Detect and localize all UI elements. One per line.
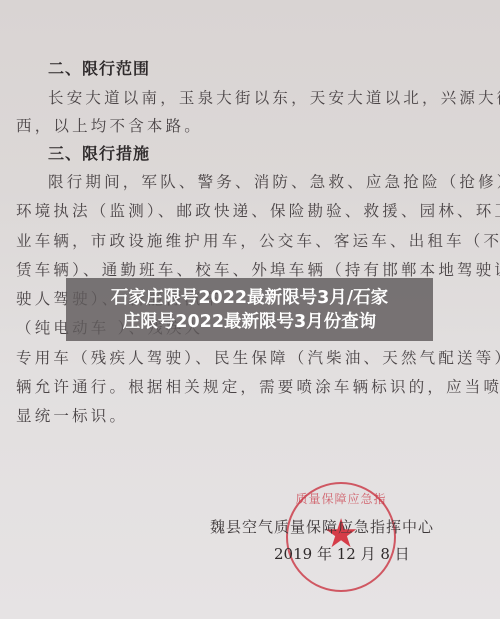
paragraph-line: 环境执法（监测）、邮政快递、保险勘验、救援、园林、环卫作 [16,199,500,221]
overlay-title-line-1: 石家庄限号2022最新限号3月/石家 [111,286,388,310]
paragraph-line: 业车辆，市政设施维护用车，公交车、客运车、出租车（不含租 [16,229,500,251]
paragraph-line: 辆允许通行。根据相关规定，需要喷涂车辆标识的，应当喷涂明 [16,375,500,397]
section-heading-scope: 二、限行范围 [48,56,150,79]
paragraph-line: 长安大道以南，玉泉大街以东，天安大道以北，兴源大街以 [48,86,500,108]
section-heading-measures: 三、限行措施 [48,141,150,164]
issue-date: 2019 年 12 月 8 日 [274,543,410,564]
paragraph-line: 限行期间，军队、警务、消防、急救、应急抢险（抢修）、 [48,170,500,192]
paragraph-line: 专用车（残疾人驾驶）、民生保障（汽柴油、天然气配送等）车 [16,346,500,368]
document-page: 二、限行范围 长安大道以南，玉泉大街以东，天安大道以北，兴源大街以 西，以上均不… [0,0,500,619]
paragraph-line: 西，以上均不含本路。 [16,114,203,136]
overlay-title-line-2: 庄限号2022最新限号3月份查询 [123,310,376,334]
official-seal: 质量保障应急指 ★ [286,482,396,592]
seal-text: 质量保障应急指 [288,490,394,507]
paragraph-line: 赁车辆）、通勤班车、校车、外埠车辆（持有邯郸本地驾驶证驾 [16,258,500,280]
issuing-organization: 魏县空气质量保障应急指挥中心 [210,516,434,537]
title-overlay-banner: 石家庄限号2022最新限号3月/石家 庄限号2022最新限号3月份查询 [66,278,433,341]
paragraph-line: 显统一标识。 [16,404,128,426]
